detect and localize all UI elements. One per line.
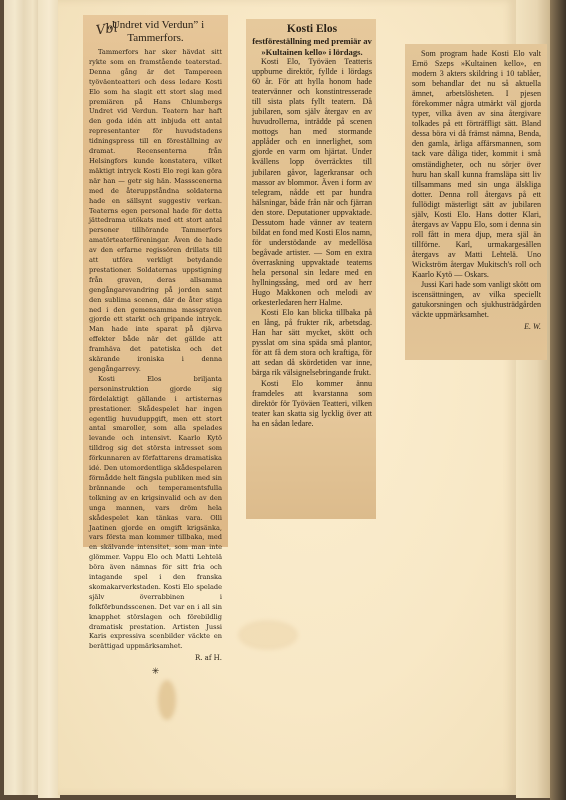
page-stack-left	[4, 0, 40, 795]
clipping-paragraph: Tammerfors har sker hävdat sitt rykte so…	[89, 48, 222, 375]
clipping-paragraph: Jussi Kari hade som vanligt skött om isc…	[412, 280, 541, 320]
clipping-headline: Kosti Elos	[252, 23, 372, 36]
asterisk-ornament-icon: ✳	[89, 668, 222, 678]
clipping-signature: E. W.	[412, 322, 541, 332]
clipping-undret-vid-verdun: „Undret vid Verdun” i Tammerfors. Tammer…	[83, 15, 228, 547]
clipping-paragraph: Kosti Elo kan blicka tillbaka på en lång…	[252, 308, 372, 378]
clipping-paragraph: Kosti Elos briljanta personinstruktion g…	[89, 375, 222, 652]
clipping-kultainen-kello-review: Som program hade Kosti Elo valt Ernö Sze…	[405, 44, 547, 360]
handwritten-note: Vbl	[95, 21, 119, 39]
clipping-paragraph: Som program hade Kosti Elo valt Ernö Sze…	[412, 49, 541, 280]
stain	[238, 620, 298, 650]
underlying-page	[38, 0, 60, 798]
scrapbook: „Undret vid Verdun” i Tammerfors. Tammer…	[0, 0, 566, 800]
stain	[158, 680, 176, 720]
clipping-subheadline: festföreställning med premiär av »Kultai…	[252, 36, 372, 57]
clipping-kosti-elos-festforestallning: Kosti Elos festföreställning med premiär…	[246, 19, 376, 519]
book-spine	[550, 0, 566, 800]
clipping-paragraph: Kosti Elo kommer ännu framdeles att kvar…	[252, 379, 372, 429]
clipping-paragraph: Kosti Elo, Työväen Teatteris uppburne di…	[252, 57, 372, 308]
clipping-signature: R. af H.	[89, 654, 222, 664]
